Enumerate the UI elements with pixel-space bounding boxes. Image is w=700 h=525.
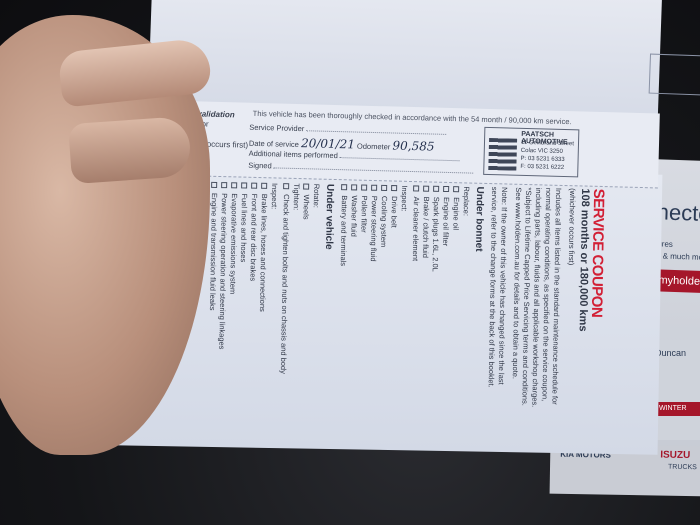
checklist-label: Engine oil [451, 197, 461, 230]
checklist-label: Brake / clutch fluid [421, 197, 431, 258]
checklist-item: Drive belt [389, 185, 399, 228]
previous-page [148, 0, 662, 119]
checkbox[interactable] [341, 184, 347, 190]
coupon-subtitle: 108 months or 180,000 kms [577, 188, 591, 331]
checkbox[interactable] [391, 185, 397, 191]
checkbox[interactable] [413, 185, 419, 191]
checklist-label: Brake lines, hoses and connections [258, 194, 269, 312]
odometer-value: 90,585 [392, 138, 434, 153]
rotate-label: Rotate: [312, 184, 321, 208]
checklist-item: Fuel lines and hoses [239, 182, 249, 262]
checkbox[interactable] [261, 183, 267, 189]
date-value: 20/01/21 [301, 136, 355, 151]
checklist-item: Pollen filter [359, 185, 369, 233]
checkbox[interactable] [351, 184, 357, 190]
checkbox[interactable] [453, 186, 459, 192]
replace-label: Replace: [462, 186, 472, 216]
checkbox[interactable] [221, 182, 227, 188]
isuzu-logo: ISUZU [660, 450, 690, 462]
checklist-item: Air cleaner element [411, 185, 421, 261]
checkbox[interactable] [241, 182, 247, 188]
checklist-label: Check and tighten bolts and nuts on chas… [279, 194, 291, 374]
checklist-label: Spark plugs 1.6L, 2.0L [431, 197, 441, 272]
coupon-qualifier: (whichever occurs first) [567, 188, 577, 265]
service-validation-strip: Service validation ...months or ...kms (… [143, 100, 660, 188]
checklist-item: Washer fluid [349, 184, 359, 237]
checklist-item: Front and rear disc brakes [248, 183, 259, 282]
checklist-label: Drive belt [389, 196, 399, 228]
under-vehicle-heading: Under vehicle [323, 184, 335, 250]
checkbox[interactable] [433, 186, 439, 192]
checkbox[interactable] [211, 182, 217, 188]
tighten-label: Tighten: [292, 183, 301, 210]
checklist-label: Front and rear disc brakes [248, 194, 259, 282]
checklist-label: Power steering operation and steering li… [217, 193, 229, 349]
checklist-label: Cooling system [379, 196, 389, 247]
isuzu-trucks-label: TRUCKS [668, 464, 697, 472]
checklist-item: Battery and terminals [339, 184, 349, 266]
signed-label: Signed [248, 161, 272, 171]
checklist-item: Wheels [302, 183, 312, 219]
additional-items-label: Additional items performed [249, 149, 338, 160]
checklist-label: Fuel lines and hoses [239, 193, 249, 262]
business-card-name: Duncan [655, 348, 686, 358]
checkbox[interactable] [231, 182, 237, 188]
date-label: Date of service [249, 139, 299, 149]
checklist-item: Evaporative emissions system [228, 182, 239, 294]
checkbox[interactable] [251, 183, 257, 189]
checkbox[interactable] [371, 185, 377, 191]
checkbox[interactable] [303, 184, 309, 190]
winter-logo: WINTER [655, 402, 700, 416]
checklist-item: Cooling system [379, 185, 389, 247]
checklist-label: Pollen filter [359, 196, 369, 233]
checklist-item: Power steering fluid [369, 185, 379, 262]
checklist-label: Battery and terminals [339, 195, 349, 266]
checklist-label: Power steering fluid [369, 196, 379, 262]
checkbox[interactable] [361, 185, 367, 191]
checkbox[interactable] [423, 186, 429, 192]
checklist-label: Air cleaner element [411, 196, 421, 261]
checklist-item: Check and tighten bolts and nuts on chas… [279, 183, 291, 374]
checklist-label: Washer fluid [349, 195, 359, 237]
checklist-label: Evaporative emissions system [228, 193, 239, 294]
stamp-logo-icon [488, 138, 517, 171]
finger [68, 116, 192, 184]
checklist-item: Engine oil [451, 186, 461, 230]
checkbox[interactable] [283, 183, 289, 189]
checklist-label: Engine oil filter [441, 197, 451, 246]
checkbox[interactable] [443, 186, 449, 192]
checklist-item: Spark plugs 1.6L, 2.0L [431, 186, 442, 272]
odometer-label: Odometer [357, 142, 391, 152]
service-provider-label: Service Provider [249, 123, 304, 133]
dealer-stamp: PAATSCH AUTOMOTIVE 11 Gellibrand Street … [483, 127, 579, 177]
photo-scene: ...nected ...features ...tions & much mo… [0, 0, 700, 525]
checklist-item: Brake lines, hoses and connections [258, 183, 269, 312]
under-bonnet-heading: Under bonnet [473, 186, 485, 251]
checkbox[interactable] [381, 185, 387, 191]
inspect-label: Inspect: [400, 185, 409, 211]
signed-field: Signed [248, 161, 474, 176]
stamp-ghost [649, 54, 700, 96]
checklist-label: Wheels [302, 194, 311, 219]
checklist-item: Power steering operation and steering li… [217, 182, 229, 349]
inspect-label: Inspect: [270, 183, 279, 209]
checklist-item: Brake / clutch fluid [421, 186, 431, 258]
checklist-item: Engine oil filter [441, 186, 451, 246]
stamp-fax: F: 03 5231 6222 [520, 163, 573, 172]
